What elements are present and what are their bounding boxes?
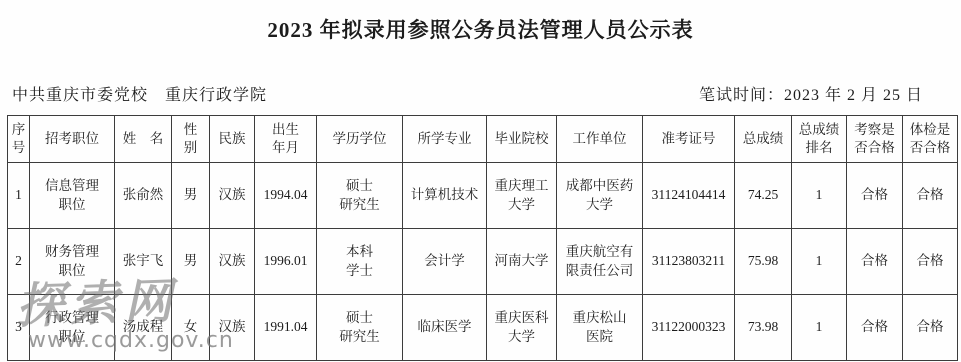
table-cell: 财务管理 职位 [30, 229, 115, 295]
table-cell: 合格 [903, 229, 958, 295]
table-cell: 计算机技术 [403, 163, 487, 229]
table-cell: 合格 [903, 295, 958, 361]
table-cell: 1 [792, 163, 847, 229]
header-cell: 所学专业 [403, 116, 487, 163]
page-title: 2023 年拟录用参照公务员法管理人员公示表 [0, 14, 961, 44]
header-cell: 考察是 否合格 [847, 116, 903, 163]
table-cell: 1996.01 [255, 229, 317, 295]
table-cell: 31122000323 [643, 295, 735, 361]
table-cell: 会计学 [403, 229, 487, 295]
table-cell: 合格 [847, 163, 903, 229]
table-cell: 信息管理 职位 [30, 163, 115, 229]
table-body: 1信息管理 职位张俞然男汉族1994.04硕士 研究生计算机技术重庆理工 大学成… [8, 163, 958, 361]
table-cell: 硕士 研究生 [317, 295, 403, 361]
table-cell: 合格 [847, 229, 903, 295]
announcement-document: 2023 年拟录用参照公务员法管理人员公示表 中共重庆市委党校 重庆行政学院 笔… [0, 0, 961, 362]
table-cell: 合格 [903, 163, 958, 229]
table-cell: 1994.04 [255, 163, 317, 229]
table-cell: 73.98 [735, 295, 792, 361]
exam-time-label: 笔试时间：2023 年 2 月 25 日 [699, 82, 923, 105]
table-cell: 31123803211 [643, 229, 735, 295]
table-row: 3行政管理 职位汤成程女汉族1991.04硕士 研究生临床医学重庆医科 大学重庆… [8, 295, 958, 361]
table-cell: 本科 学士 [317, 229, 403, 295]
header-cell: 总成绩 [735, 116, 792, 163]
table-cell: 汉族 [210, 163, 255, 229]
table-cell: 1991.04 [255, 295, 317, 361]
table-cell: 74.25 [735, 163, 792, 229]
table-cell: 1 [792, 295, 847, 361]
table-cell: 2 [8, 229, 30, 295]
table-cell: 重庆理工 大学 [487, 163, 557, 229]
table-cell: 男 [172, 229, 210, 295]
table-cell: 临床医学 [403, 295, 487, 361]
table-cell: 成都中医药 大学 [557, 163, 643, 229]
table-cell: 31124104414 [643, 163, 735, 229]
recruitment-table: 序 号招考职位姓 名性 别民族出生 年月学历学位所学专业毕业院校工作单位准考证号… [7, 115, 958, 361]
table-cell: 重庆航空有 限责任公司 [557, 229, 643, 295]
table-cell: 男 [172, 163, 210, 229]
table-cell: 重庆松山 医院 [557, 295, 643, 361]
table-row: 1信息管理 职位张俞然男汉族1994.04硕士 研究生计算机技术重庆理工 大学成… [8, 163, 958, 229]
table-cell: 硕士 研究生 [317, 163, 403, 229]
table-row: 2财务管理 职位张宇飞男汉族1996.01本科 学士会计学河南大学重庆航空有 限… [8, 229, 958, 295]
table-cell: 张宇飞 [115, 229, 172, 295]
table-cell: 河南大学 [487, 229, 557, 295]
header-cell: 准考证号 [643, 116, 735, 163]
table-cell: 合格 [847, 295, 903, 361]
table-cell: 汤成程 [115, 295, 172, 361]
table-header-row: 序 号招考职位姓 名性 别民族出生 年月学历学位所学专业毕业院校工作单位准考证号… [8, 116, 958, 163]
table-cell: 重庆医科 大学 [487, 295, 557, 361]
header-cell: 工作单位 [557, 116, 643, 163]
header-cell: 招考职位 [30, 116, 115, 163]
header-cell: 性 别 [172, 116, 210, 163]
header-cell: 总成绩 排名 [792, 116, 847, 163]
header-cell: 出生 年月 [255, 116, 317, 163]
table-cell: 75.98 [735, 229, 792, 295]
table-cell: 女 [172, 295, 210, 361]
header-cell: 体检是 否合格 [903, 116, 958, 163]
table-cell: 张俞然 [115, 163, 172, 229]
table-cell: 1 [792, 229, 847, 295]
table-cell: 3 [8, 295, 30, 361]
table-cell: 汉族 [210, 295, 255, 361]
table-cell: 1 [8, 163, 30, 229]
table-cell: 行政管理 职位 [30, 295, 115, 361]
header-cell: 毕业院校 [487, 116, 557, 163]
table-cell: 汉族 [210, 229, 255, 295]
organization-name: 中共重庆市委党校 重庆行政学院 [12, 82, 267, 105]
meta-row: 中共重庆市委党校 重庆行政学院 笔试时间：2023 年 2 月 25 日 [12, 82, 923, 105]
header-cell: 民族 [210, 116, 255, 163]
header-cell: 姓 名 [115, 116, 172, 163]
header-cell: 学历学位 [317, 116, 403, 163]
header-cell: 序 号 [8, 116, 30, 163]
table-header: 序 号招考职位姓 名性 别民族出生 年月学历学位所学专业毕业院校工作单位准考证号… [8, 116, 958, 163]
